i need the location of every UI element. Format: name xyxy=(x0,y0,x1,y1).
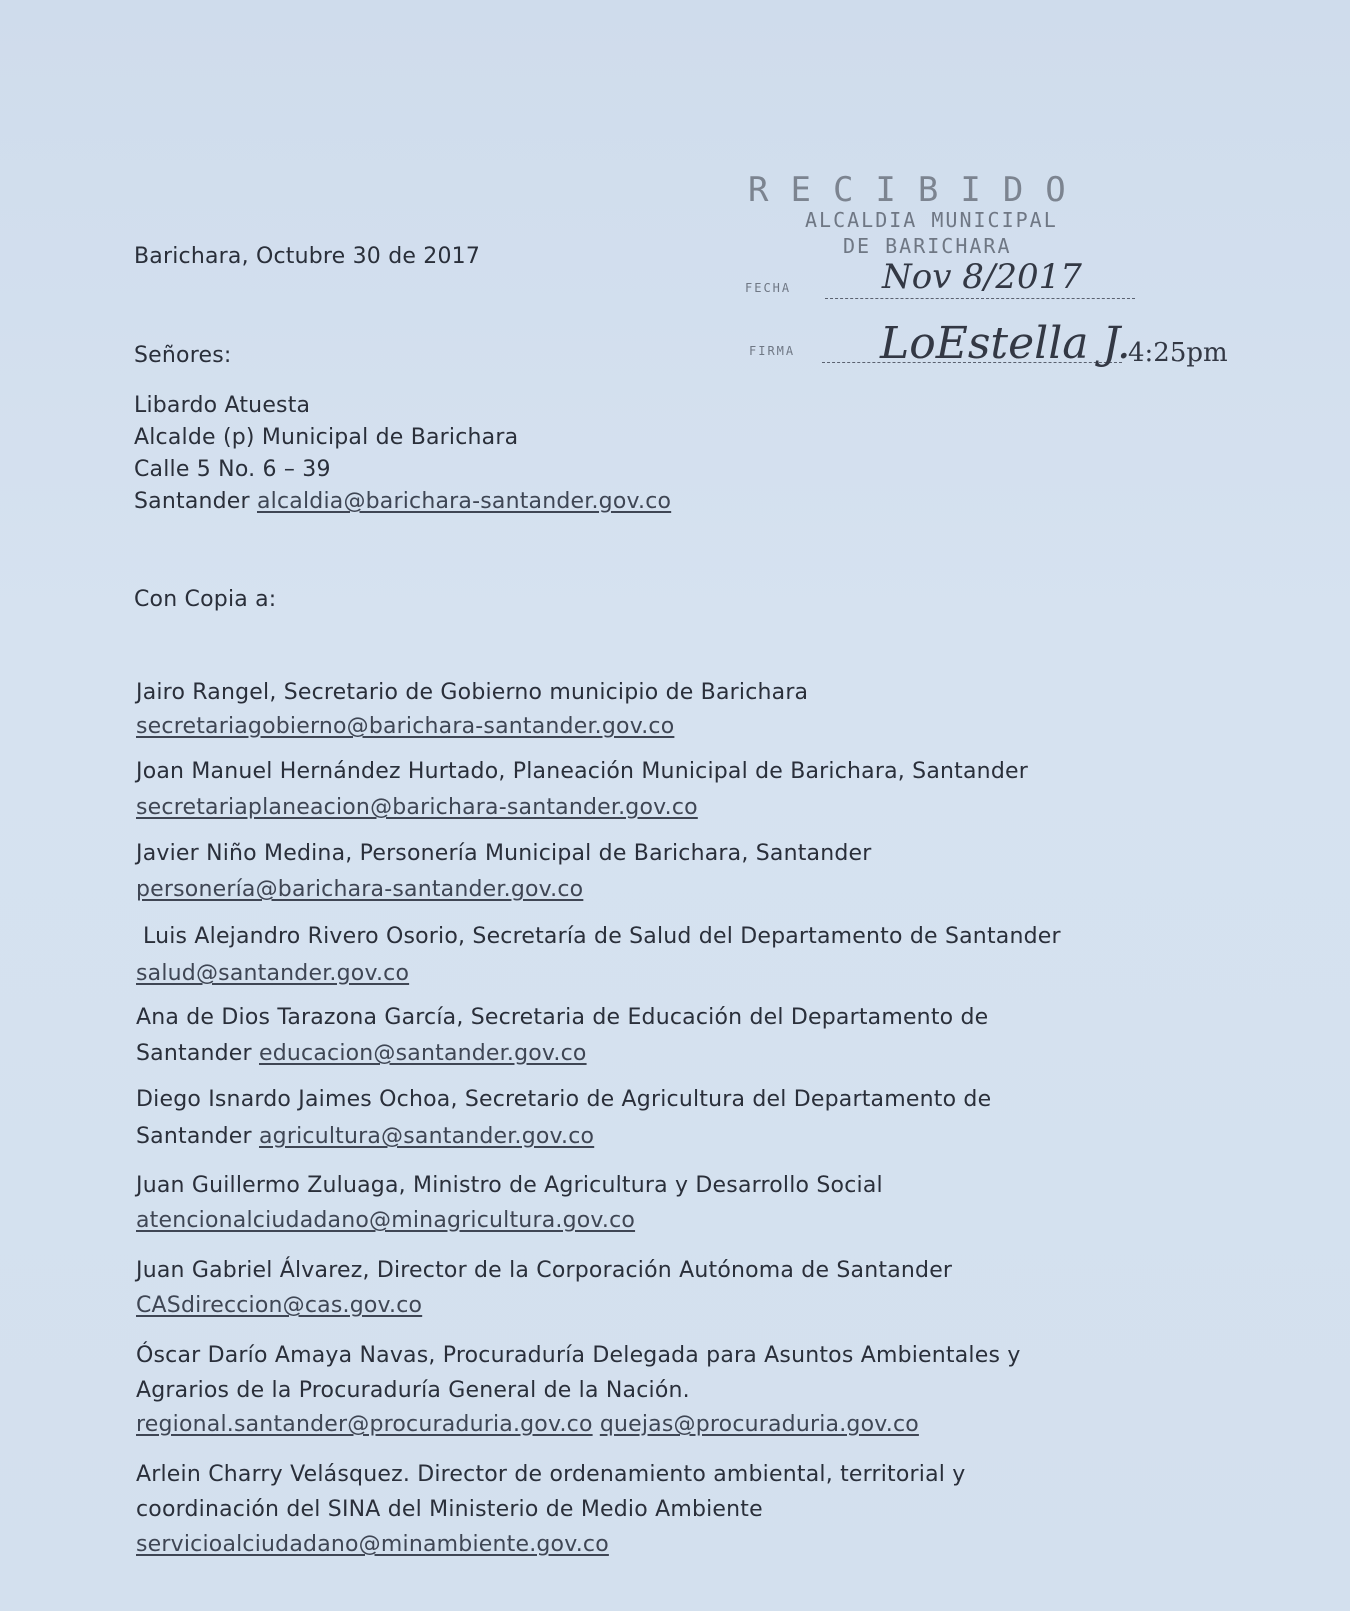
cc-entry-name: Luis Alejandro Rivero Osorio, Secretaría… xyxy=(143,924,1061,949)
cc-heading: Con Copia a: xyxy=(134,587,276,612)
recipient-region-line: Santander alcaldia@barichara-santander.g… xyxy=(134,489,671,514)
cc-entry-region: Santander xyxy=(136,1124,252,1149)
stamp-firma-label: FIRMA xyxy=(749,344,795,358)
recipient-address: Calle 5 No. 6 – 39 xyxy=(134,457,331,482)
cc-email-link[interactable]: servicioalciudadano@minambiente.gov.co xyxy=(136,1532,609,1557)
cc-entry-name: Arlein Charry Velásquez. Director de ord… xyxy=(136,1462,966,1487)
stamp-signature: LoEstella J. xyxy=(880,318,1131,369)
cc-email-link[interactable]: atencionalciudadano@minagricultura.gov.c… xyxy=(136,1208,635,1233)
received-stamp-office: ALCALDIA MUNICIPAL xyxy=(805,208,1058,232)
stamp-fecha-label: FECHA xyxy=(745,281,791,295)
stamp-fecha-handwritten: Nov 8/2017 xyxy=(882,257,1082,297)
cc-entry-region: Santander xyxy=(136,1041,252,1066)
salutation: Señores: xyxy=(134,343,231,368)
recipient-title: Alcalde (p) Municipal de Barichara xyxy=(134,425,518,450)
cc-entry-email-line: Santander agricultura@santander.gov.co xyxy=(136,1124,594,1149)
cc-email-link[interactable]: educacion@santander.gov.co xyxy=(259,1041,587,1066)
cc-entry-email-line: regional.santander@procuraduria.gov.co q… xyxy=(136,1412,919,1437)
cc-entry-name: Juan Gabriel Álvarez, Director de la Cor… xyxy=(136,1258,952,1283)
stamp-fecha-rule xyxy=(825,298,1135,299)
cc-entry-name: Javier Niño Medina, Personería Municipal… xyxy=(136,841,872,866)
cc-email-link[interactable]: regional.santander@procuraduria.gov.co xyxy=(136,1412,593,1437)
cc-entry-name: Jairo Rangel, Secretario de Gobierno mun… xyxy=(136,680,808,705)
cc-email-link[interactable]: quejas@procuraduria.gov.co xyxy=(600,1412,919,1437)
recipient-region: Santander xyxy=(134,489,250,514)
recipient-name: Libardo Atuesta xyxy=(134,393,310,418)
cc-entry-name: Ana de Dios Tarazona García, Secretaria … xyxy=(136,1005,988,1030)
cc-entry-name-cont: coordinación del SINA del Ministerio de … xyxy=(136,1497,763,1522)
cc-email-link[interactable]: personería@barichara-santander.gov.co xyxy=(136,877,583,902)
cc-email-link[interactable]: salud@santander.gov.co xyxy=(136,961,409,986)
received-stamp-municipality: DE BARICHARA xyxy=(843,234,1012,258)
cc-entry-name-cont: Agrarios de la Procuraduría General de l… xyxy=(136,1378,690,1403)
cc-email-link[interactable]: agricultura@santander.gov.co xyxy=(259,1124,594,1149)
cc-entry-name: Óscar Darío Amaya Navas, Procuraduría De… xyxy=(136,1343,1021,1368)
cc-entry-name: Joan Manuel Hernández Hurtado, Planeació… xyxy=(136,759,1028,784)
scanned-letter-page: RECIBIDO ALCALDIA MUNICIPAL DE BARICHARA… xyxy=(0,0,1350,1611)
stamp-time: 4:25pm xyxy=(1128,338,1228,368)
received-stamp-title: RECIBIDO xyxy=(748,170,1088,210)
recipient-email-link[interactable]: alcaldia@barichara-santander.gov.co xyxy=(257,489,671,514)
cc-email-link[interactable]: secretariaplaneacion@barichara-santander… xyxy=(136,795,698,820)
cc-entry-name: Juan Guillermo Zuluaga, Ministro de Agri… xyxy=(136,1173,883,1198)
letter-date: Barichara, Octubre 30 de 2017 xyxy=(134,244,480,269)
cc-entry-name: Diego Isnardo Jaimes Ochoa, Secretario d… xyxy=(136,1087,991,1112)
cc-email-link[interactable]: CASdireccion@cas.gov.co xyxy=(136,1293,422,1318)
cc-entry-email-line: Santander educacion@santander.gov.co xyxy=(136,1041,587,1066)
cc-email-link[interactable]: secretariagobierno@barichara-santander.g… xyxy=(136,714,674,739)
